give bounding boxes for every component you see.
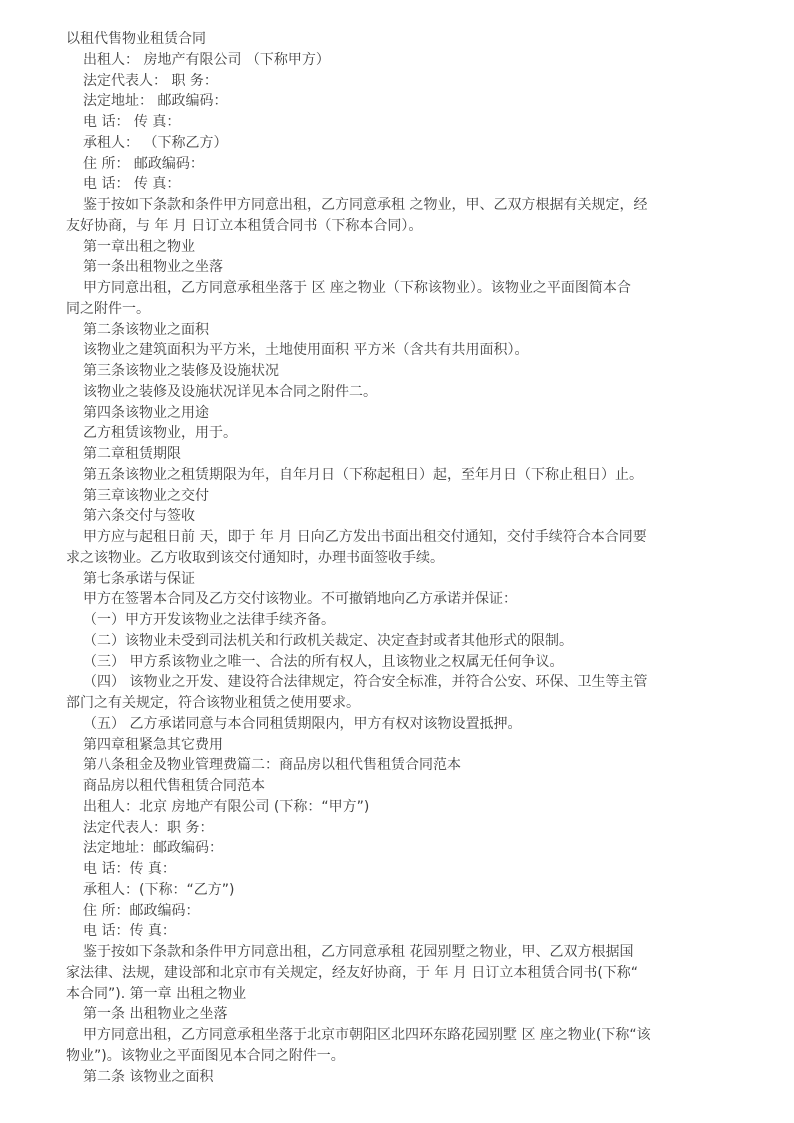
text-line: 第二条 该物业之面积: [66, 1067, 738, 1088]
text-line: 第一章出租之物业: [66, 237, 738, 258]
text-line: 第一条 出租物业之坐落: [66, 1004, 738, 1025]
text-line: 第八条租金及物业管理费篇二：商品房以租代售租赁合同范本: [66, 755, 738, 776]
text-line: 住 所：邮政编码：: [66, 901, 738, 922]
text-line: （二）该物业未受到司法机关和行政机关裁定、决定查封或者其他形式的限制。: [66, 631, 738, 652]
text-line: 甲方在签署本合同及乙方交付该物业。不可撤销地向乙方承诺并保证：: [66, 589, 738, 610]
document-page: 以租代售物业租赁合同出租人： 房地产有限公司 （下称甲方）法定代表人： 职 务：…: [0, 0, 794, 1123]
text-line: 第七条承诺与保证: [66, 569, 738, 590]
text-line: 鉴于按如下条款和条件甲方同意出租，乙方同意承租 之物业，甲、乙双方根据有关规定，…: [66, 195, 738, 216]
text-line: 电 话：传 真：: [66, 859, 738, 880]
text-line: 甲方同意出租，乙方同意承租坐落于 区 座之物业（下称该物业）。该物业之平面图简本…: [66, 278, 738, 299]
text-line: 第四条该物业之用途: [66, 403, 738, 424]
text-line: 法定代表人： 职 务：: [66, 71, 738, 92]
text-line: 乙方租赁该物业，用于。: [66, 423, 738, 444]
text-line: （一）甲方开发该物业之法律手续齐备。: [66, 610, 738, 631]
text-line: 友好协商，与 年 月 日订立本租赁合同书（下称本合同）。: [66, 216, 738, 237]
text-line: 物业”)。该物业之平面图见本合同之附件一。: [66, 1046, 738, 1067]
text-line: 第六条交付与签收: [66, 506, 738, 527]
text-line: 鉴于按如下条款和条件甲方同意出租，乙方同意承租 花园别墅之物业，甲、乙双方根据国: [66, 942, 738, 963]
text-line: 承租人：(下称：“乙方”): [66, 880, 738, 901]
text-line: 甲方同意出租，乙方同意承租坐落于北京市朝阳区北四环东路花园别墅 区 座之物业(下…: [66, 1025, 738, 1046]
text-line: 部门之有关规定，符合该物业租赁之使用要求。: [66, 693, 738, 714]
text-line: 法定地址：邮政编码：: [66, 838, 738, 859]
text-line: 该物业之装修及设施状况详见本合同之附件二。: [66, 382, 738, 403]
text-line: 第五条该物业之租赁期限为年，自年月日（下称起租日）起，至年月日（下称止租日）止。: [66, 465, 738, 486]
text-line: 求之该物业。乙方收取到该交付通知时，办理书面签收手续。: [66, 548, 738, 569]
text-line: 电 话： 传 真：: [66, 112, 738, 133]
text-line: 电 话： 传 真：: [66, 174, 738, 195]
text-line: 法定代表人：职 务：: [66, 818, 738, 839]
text-line: （三） 甲方系该物业之唯一、合法的所有权人，且该物业之权属无任何争议。: [66, 652, 738, 673]
text-line: 第三章该物业之交付: [66, 486, 738, 507]
text-line: 该物业之建筑面积为平方米，土地使用面积 平方米（含共有共用面积）。: [66, 340, 738, 361]
text-line: （五） 乙方承诺同意与本合同租赁期限内，甲方有权对该物设置抵押。: [66, 714, 738, 735]
text-line: 第二章租赁期限: [66, 444, 738, 465]
text-line: 第二条该物业之面积: [66, 320, 738, 341]
text-line: 出租人：北京 房地产有限公司 (下称：“甲方”): [66, 797, 738, 818]
text-line: （四） 该物业之开发、建设符合法律规定，符合安全标准，并符合公安、环保、卫生等主…: [66, 672, 738, 693]
text-line: 第三条该物业之装修及设施状况: [66, 361, 738, 382]
text-line: 法定地址： 邮政编码：: [66, 91, 738, 112]
text-line: 家法律、法规，建设部和北京市有关规定，经友好协商，于 年 月 日订立本租赁合同书…: [66, 963, 738, 984]
text-line: 电 话：传 真：: [66, 921, 738, 942]
text-line: 甲方应与起租日前 天，即于 年 月 日向乙方发出书面出租交付通知，交付手续符合本…: [66, 527, 738, 548]
text-line: 住 所： 邮政编码：: [66, 154, 738, 175]
text-line: 第四章租紧急其它费用: [66, 735, 738, 756]
text-line: 第一条出租物业之坐落: [66, 257, 738, 278]
contract-text-body: 以租代售物业租赁合同出租人： 房地产有限公司 （下称甲方）法定代表人： 职 务：…: [66, 29, 738, 1087]
text-line: 商品房以租代售租赁合同范本: [66, 776, 738, 797]
text-line: 本合同”). 第一章 出租之物业: [66, 984, 738, 1005]
text-line: 以租代售物业租赁合同: [66, 29, 738, 50]
text-line: 同之附件一。: [66, 299, 738, 320]
text-line: 出租人： 房地产有限公司 （下称甲方）: [66, 50, 738, 71]
text-line: 承租人： （下称乙方）: [66, 133, 738, 154]
